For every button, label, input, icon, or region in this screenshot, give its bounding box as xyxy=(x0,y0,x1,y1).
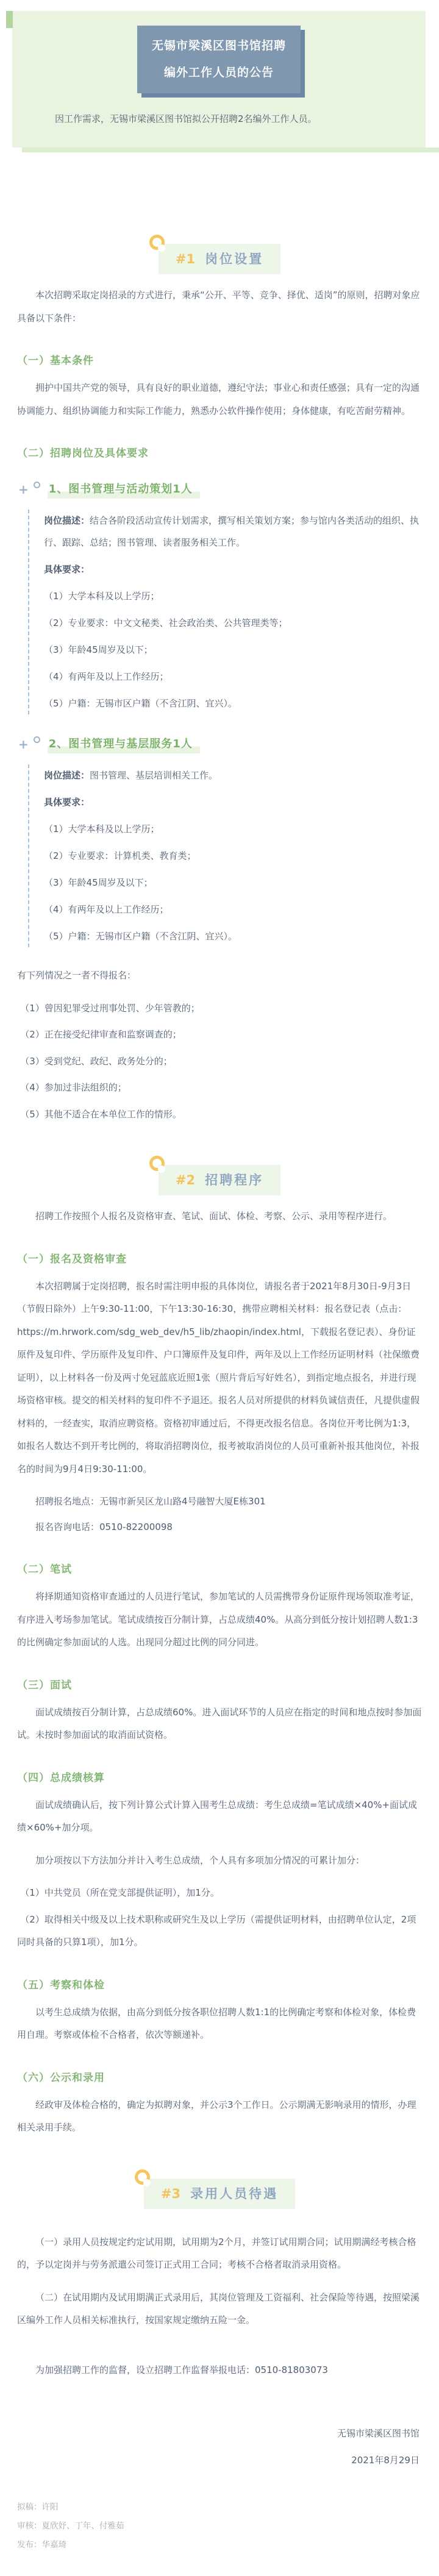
hero-card: 无锡市梁溪区图书馆招聘 编外工作人员的公告 因工作需求，无锡市梁溪区图书馆拟公开… xyxy=(12,11,426,148)
heading-basic-conditions: （一）基本条件 xyxy=(17,352,422,367)
job2-req-label: 具体要求： xyxy=(44,791,422,813)
exclusion-item: （5）其他不适合在本单位工作的情形。 xyxy=(17,1103,422,1126)
ring-icon xyxy=(149,235,165,250)
section2-badge: #2 xyxy=(176,1173,195,1187)
job2-req-item: （1）大学本科及以上学历； xyxy=(44,818,422,840)
registration-paragraph: 本次招聘属于定岗招聘，报名时需注明申报的具体岗位，请报名者于2021年8月30日… xyxy=(17,1275,422,1481)
signoff-block: 无锡市梁溪区图书馆 2021年8月29日 xyxy=(17,2421,422,2474)
ring-icon xyxy=(149,1156,165,1171)
job1-desc-text: 结合各阶段活动宣传计划需求，撰写相关策划方案；参与馆内各类活动的组织、执行、跟踪… xyxy=(44,515,419,548)
job1-desc-label: 岗位描述： xyxy=(44,515,90,526)
announcement-title-line1: 无锡市梁溪区图书馆招聘 xyxy=(142,33,296,60)
registration-text-b: ，下载报名登记表）、身份证原件及复印件、学历原件及复印件、户口簿原件及复印件，两… xyxy=(17,1326,419,1475)
section1-header: #1岗位设置 xyxy=(0,244,439,274)
registration-form-link[interactable]: https://m.hrwork.com/sdg_web_dev/h5_lib/… xyxy=(17,1326,301,1337)
section2-content: 招聘工作按照个人报名及资格审查、笔试、面试、体检、考察、公示、录用等程序进行。 … xyxy=(0,1205,439,2140)
section1-content: 本次招聘采取定岗招录的方式进行，秉承“公开、平等、竞争、择优、适岗”的原则，招聘… xyxy=(0,284,439,1126)
heading-publicity: （六）公示和录用 xyxy=(17,2069,422,2084)
job2-desc-text: 图书管理、基层培训相关工作。 xyxy=(90,770,218,781)
bonus-item: （2）取得相关中级及以上技术职称或研究生及以上学历（需提供证明材料，由招聘单位认… xyxy=(17,1909,422,1954)
registration-address: 招聘报名地点：无锡市新吴区龙山路4号融智大厦E栋301 xyxy=(17,1490,422,1514)
credit-reviewers: 审核：夏欣妤、丁年、付雅茹 xyxy=(17,2517,422,2536)
job2-header: + 2、图书管理与基层服务1人 xyxy=(17,735,422,753)
heading-written-test: （二）笔试 xyxy=(17,1560,422,1576)
treatment-item1: （一）录用人员按规定约定试用期，试用期为2个月，并签订试用期合同；试用期满经考核… xyxy=(17,2231,422,2277)
bonus-intro: 加分项按以下方法加分并计入考生总成绩，个人具有多项加分情况的可累计加分： xyxy=(17,1849,422,1873)
section2-header: #2招聘程序 xyxy=(0,1165,439,1195)
inspection-text: 以考生总成绩为依据，由高分到低分按各职位招聘人数1:1的比例确定考察和体检对象，… xyxy=(17,2001,422,2047)
written-test-text: 将择期通知资格审查通过的人员进行笔试，参加笔试的人员需携带身份证原件现场领取准考… xyxy=(17,1585,422,1654)
section2-intro: 招聘工作按照个人报名及资格审查、笔试、面试、体检、考察、公示、录用等程序进行。 xyxy=(17,1205,422,1228)
hero-section: 无锡市梁溪区图书馆招聘 编外工作人员的公告 因工作需求，无锡市梁溪区图书馆拟公开… xyxy=(0,0,439,152)
section3-badge: #3 xyxy=(161,2186,180,2201)
exclusion-title: 有下列情况之一者不得报名： xyxy=(17,964,422,987)
section2-title: 招聘程序 xyxy=(205,1173,263,1187)
section3-title: 录用人员待遇 xyxy=(190,2186,278,2201)
heading-positions: （二）招聘岗位及具体要求 xyxy=(17,444,422,460)
credit-publisher: 发布：华嘉琦 xyxy=(17,2536,422,2555)
section1-title: 岗位设置 xyxy=(205,252,263,266)
interview-text: 面试成绩按百分制计算，占总成绩60%。进入面试环节的人员应在指定的时间和地点按时… xyxy=(17,1701,422,1747)
circle-icon xyxy=(34,482,40,488)
announcement-page: 无锡市梁溪区图书馆招聘 编外工作人员的公告 因工作需求，无锡市梁溪区图书馆拟公开… xyxy=(0,0,439,2576)
signoff-date: 2021年8月29日 xyxy=(17,2447,419,2474)
job2-req-item: （4）有两年及以上工作经历； xyxy=(44,898,422,920)
job2-req-item: （5）户籍：无锡市区户籍（不含江阴、宜兴）。 xyxy=(44,925,422,947)
plus-icon: + xyxy=(18,482,29,497)
bonus-item: （1）中共党员（所在党支部提供证明），加1分。 xyxy=(17,1882,422,1905)
circle-icon xyxy=(34,736,40,743)
heading-inspection: （五）考察和体检 xyxy=(17,1976,422,1991)
treatment-item2: （二）在试用期内及试用期满正式录用后，其岗位管理及工资福利、社会保险等待遇，按照… xyxy=(17,2286,422,2332)
heading-registration: （一）报名及资格审查 xyxy=(17,1250,422,1265)
job2-req-item: （3）年龄45周岁及以下； xyxy=(44,872,422,894)
exclusion-item: （2）正在接受纪律审查和监察调查的； xyxy=(17,1023,422,1047)
job2-req-item: （2）专业要求：计算机类、教育类； xyxy=(44,845,422,867)
section3-tag: #3录用人员待遇 xyxy=(144,2179,295,2209)
plus-icon: + xyxy=(18,737,29,752)
card-shadow-bar xyxy=(22,148,439,152)
ring-icon xyxy=(135,2169,150,2185)
job1-title: 1、图书管理与活动策划1人 xyxy=(48,480,200,499)
signoff-org: 无锡市梁溪区图书馆 xyxy=(17,2421,419,2447)
exclusion-item: （3）受到党纪、政纪、政务处分的； xyxy=(17,1050,422,1073)
job1-req-item: （5）户籍：无锡市区户籍（不含江阴、宜兴）。 xyxy=(44,692,422,714)
job1-description: 岗位描述：结合各阶段活动宣传计划需求，撰写相关策划方案；参与馆内各类活动的组织、… xyxy=(44,510,422,553)
heading-total-score: （四）总成绩核算 xyxy=(17,1769,422,1784)
job1-req-item: （1）大学本科及以上学历； xyxy=(44,585,422,607)
registration-phone: 报名咨询电话：0510-82200098 xyxy=(17,1516,422,1539)
job2-title: 2、图书管理与基层服务1人 xyxy=(48,735,200,753)
heading-interview: （三）面试 xyxy=(17,1676,422,1692)
total-score-formula: 面试成绩确认后，按下列计算公式计算入围考生总成绩：考生总成绩=笔试成绩×40%+… xyxy=(17,1794,422,1840)
job1-req-label-text: 具体要求： xyxy=(44,564,90,575)
job2-desc-label: 岗位描述： xyxy=(44,770,90,781)
basic-conditions-text: 拥护中国共产党的领导，具有良好的职业道德，遵纪守法；事业心和责任感强；具有一定的… xyxy=(17,377,422,422)
job2-description: 岗位描述：图书管理、基层培训相关工作。 xyxy=(44,764,422,786)
section1-intro: 本次招聘采取定岗招录的方式进行，秉承“公开、平等、竞争、择优、适岗”的原则，招聘… xyxy=(17,284,422,330)
section2-tag: #2招聘程序 xyxy=(159,1165,280,1195)
credits-block: 拟稿：许阳 审核：夏欣妤、丁年、付雅茹 发布：华嘉琦 xyxy=(17,2498,422,2555)
job1-req-label: 具体要求： xyxy=(44,558,422,580)
exclusion-item: （1）曾因犯罪受过刑事处罚、少年管教的； xyxy=(17,997,422,1020)
job2-req-label-text: 具体要求： xyxy=(44,797,90,808)
card-corner-accent xyxy=(6,11,13,28)
job1-req-item: （3）年龄45周岁及以下； xyxy=(44,639,422,661)
job1-details: 岗位描述：结合各阶段活动宣传计划需求，撰写相关策划方案；参与馆内各类活动的组织、… xyxy=(28,510,422,714)
section1-tag: #1岗位设置 xyxy=(159,244,280,274)
exclusion-item: （4）参加过非法组织的； xyxy=(17,1076,422,1100)
job1-req-item: （2）专业要求：中文文秘类、社会政治类、公共管理类等； xyxy=(44,612,422,634)
supervision-phone: 为加强招聘工作的监督，设立招聘工作监督举报电话：0510-81803073 xyxy=(17,2359,422,2382)
publicity-text: 经政审及体检合格的，确定为拟聘对象，并公示3个工作日。公示期满无影响录用的情形，… xyxy=(17,2094,422,2140)
section3-header: #3录用人员待遇 xyxy=(0,2179,439,2209)
announcement-title-line2: 编外工作人员的公告 xyxy=(142,60,296,87)
announcement-title-box: 无锡市梁溪区图书馆招聘 编外工作人员的公告 xyxy=(137,26,301,93)
section3-content: （一）录用人员按规定约定试用期，试用期为2个月，并签订试用期合同；试用期满经考核… xyxy=(0,2231,439,2555)
job1-req-item: （4）有两年及以上工作经历； xyxy=(44,666,422,688)
hero-intro-text: 因工作需求，无锡市梁溪区图书馆拟公开招聘2名编外工作人员。 xyxy=(37,109,401,129)
section1-badge: #1 xyxy=(176,252,195,266)
credit-drafter: 拟稿：许阳 xyxy=(17,2498,422,2517)
job2-details: 岗位描述：图书管理、基层培训相关工作。 具体要求： （1）大学本科及以上学历； … xyxy=(28,764,422,947)
registration-text-a: 本次招聘属于定岗招聘，报名时需注明申报的具体岗位，请报名者于2021年8月30日… xyxy=(17,1281,411,1315)
job1-header: + 1、图书管理与活动策划1人 xyxy=(17,480,422,499)
